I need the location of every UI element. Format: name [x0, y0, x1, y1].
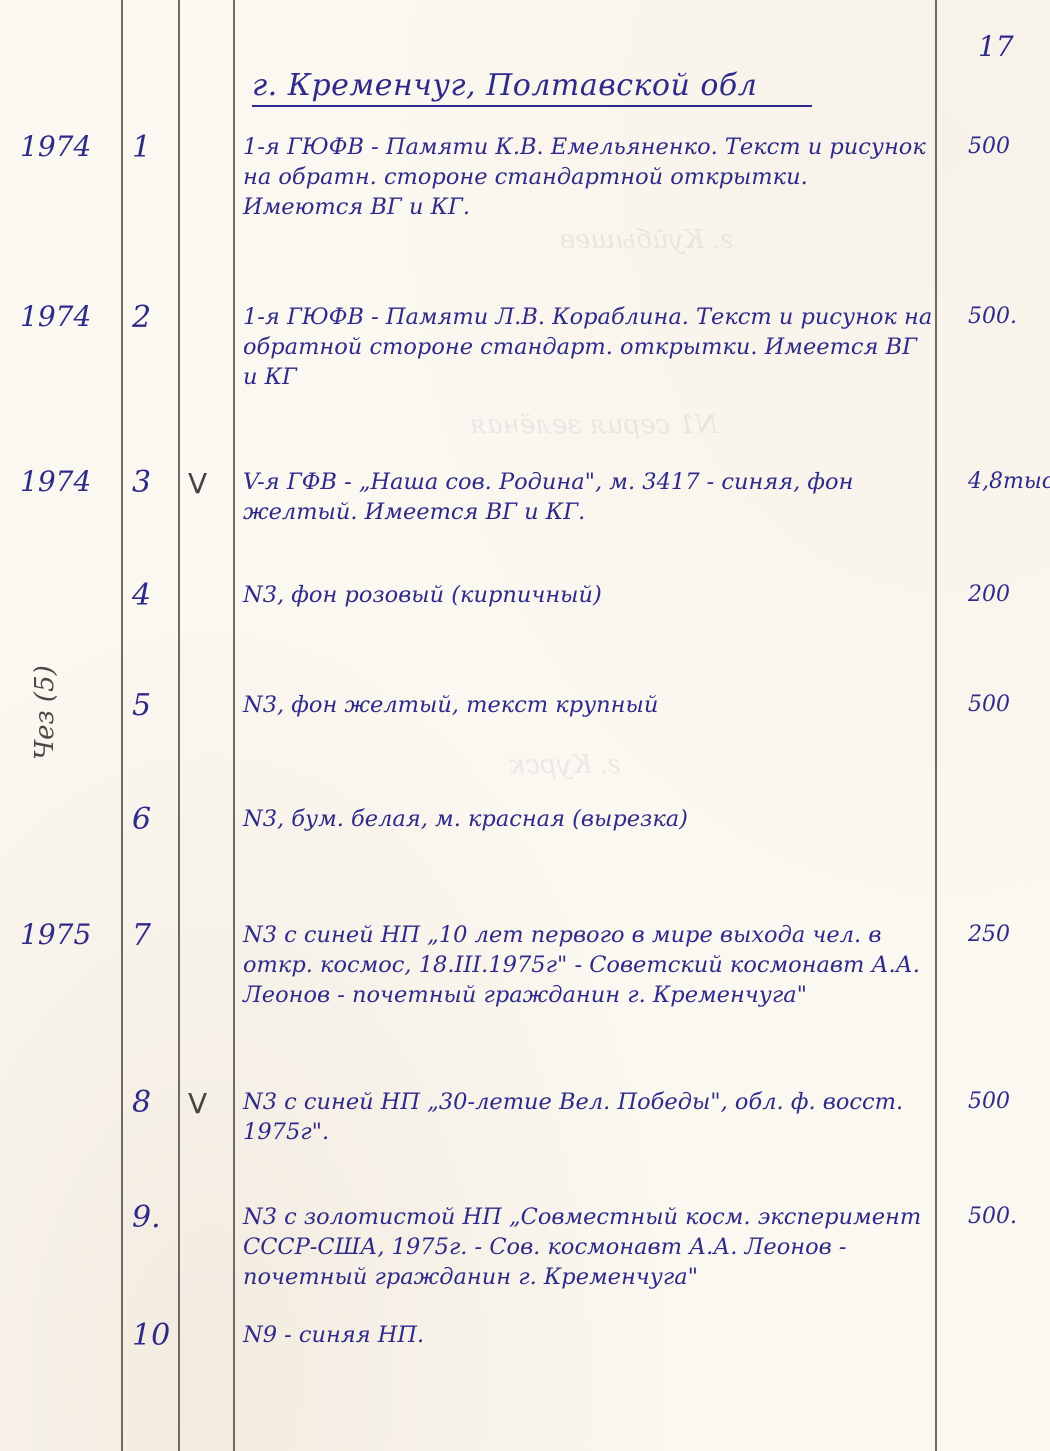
- entry-number: 6: [132, 802, 151, 837]
- entry-number: 8: [132, 1085, 151, 1120]
- column-divider: [178, 0, 180, 1451]
- entry-description: 1-я ГЮФВ - Памяти Л.В. Кораблина. Текст …: [243, 302, 933, 392]
- margin-note: Чез (5): [30, 665, 60, 760]
- bleed-through-text: г. Курск: [510, 750, 622, 780]
- entry-description: N3, фон желтый, текст крупный: [243, 690, 933, 720]
- entry-year: 1974: [20, 130, 91, 163]
- entry-number: 5: [132, 688, 151, 723]
- entry-number: 7: [132, 918, 151, 953]
- entry-description: N3 с синей НП „10 лет первого в мире вых…: [243, 920, 933, 1010]
- check-mark: V: [188, 1087, 207, 1120]
- entry-quantity: 500: [968, 1089, 1010, 1114]
- page-number: 17: [978, 30, 1014, 63]
- entry-year: 1974: [20, 300, 91, 333]
- column-divider: [233, 0, 235, 1451]
- entry-description: N3 с синей НП „30-летие Вел. Победы", об…: [243, 1087, 933, 1147]
- entry-description: N3, бум. белая, м. красная (вырезка): [243, 804, 933, 834]
- entry-number: 10: [132, 1318, 170, 1353]
- entry-description: V-я ГФВ - „Наша сов. Родина", м. 3417 - …: [243, 467, 933, 527]
- column-divider: [121, 0, 123, 1451]
- entry-description: N3, фон розовый (кирпичный): [243, 580, 933, 610]
- entry-number: 1: [132, 130, 151, 165]
- entry-number: 4: [132, 578, 151, 613]
- bleed-through-text: N1 серия зелёная: [470, 410, 718, 440]
- entry-number: 2: [132, 300, 151, 335]
- ledger-page: г. Куйбышев N1 серия зелёная г. Курск 17…: [0, 0, 1050, 1451]
- entry-number: 3: [132, 465, 151, 500]
- column-divider: [935, 0, 937, 1451]
- entry-quantity: 500: [968, 134, 1010, 159]
- entry-description: N3 с золотистой НП „Совместный косм. экс…: [243, 1202, 933, 1292]
- entry-description: N9 - синяя НП.: [243, 1320, 933, 1350]
- entry-year: 1975: [20, 918, 91, 951]
- entry-year: 1974: [20, 465, 91, 498]
- entry-quantity: 4,8тыс: [968, 469, 1050, 494]
- bleed-through-text: г. Куйбышев: [560, 225, 734, 255]
- entry-quantity: 500.: [968, 304, 1017, 329]
- page-heading: г. Кременчуг, Полтавской обл: [252, 68, 812, 107]
- entry-quantity: 500: [968, 692, 1010, 717]
- entry-number: 9.: [132, 1200, 161, 1235]
- entry-quantity: 200: [968, 582, 1010, 607]
- check-mark: V: [188, 467, 207, 500]
- entry-quantity: 250: [968, 922, 1010, 947]
- entry-description: 1-я ГЮФВ - Памяти К.В. Емельяненко. Текс…: [243, 132, 933, 222]
- entry-quantity: 500.: [968, 1204, 1017, 1229]
